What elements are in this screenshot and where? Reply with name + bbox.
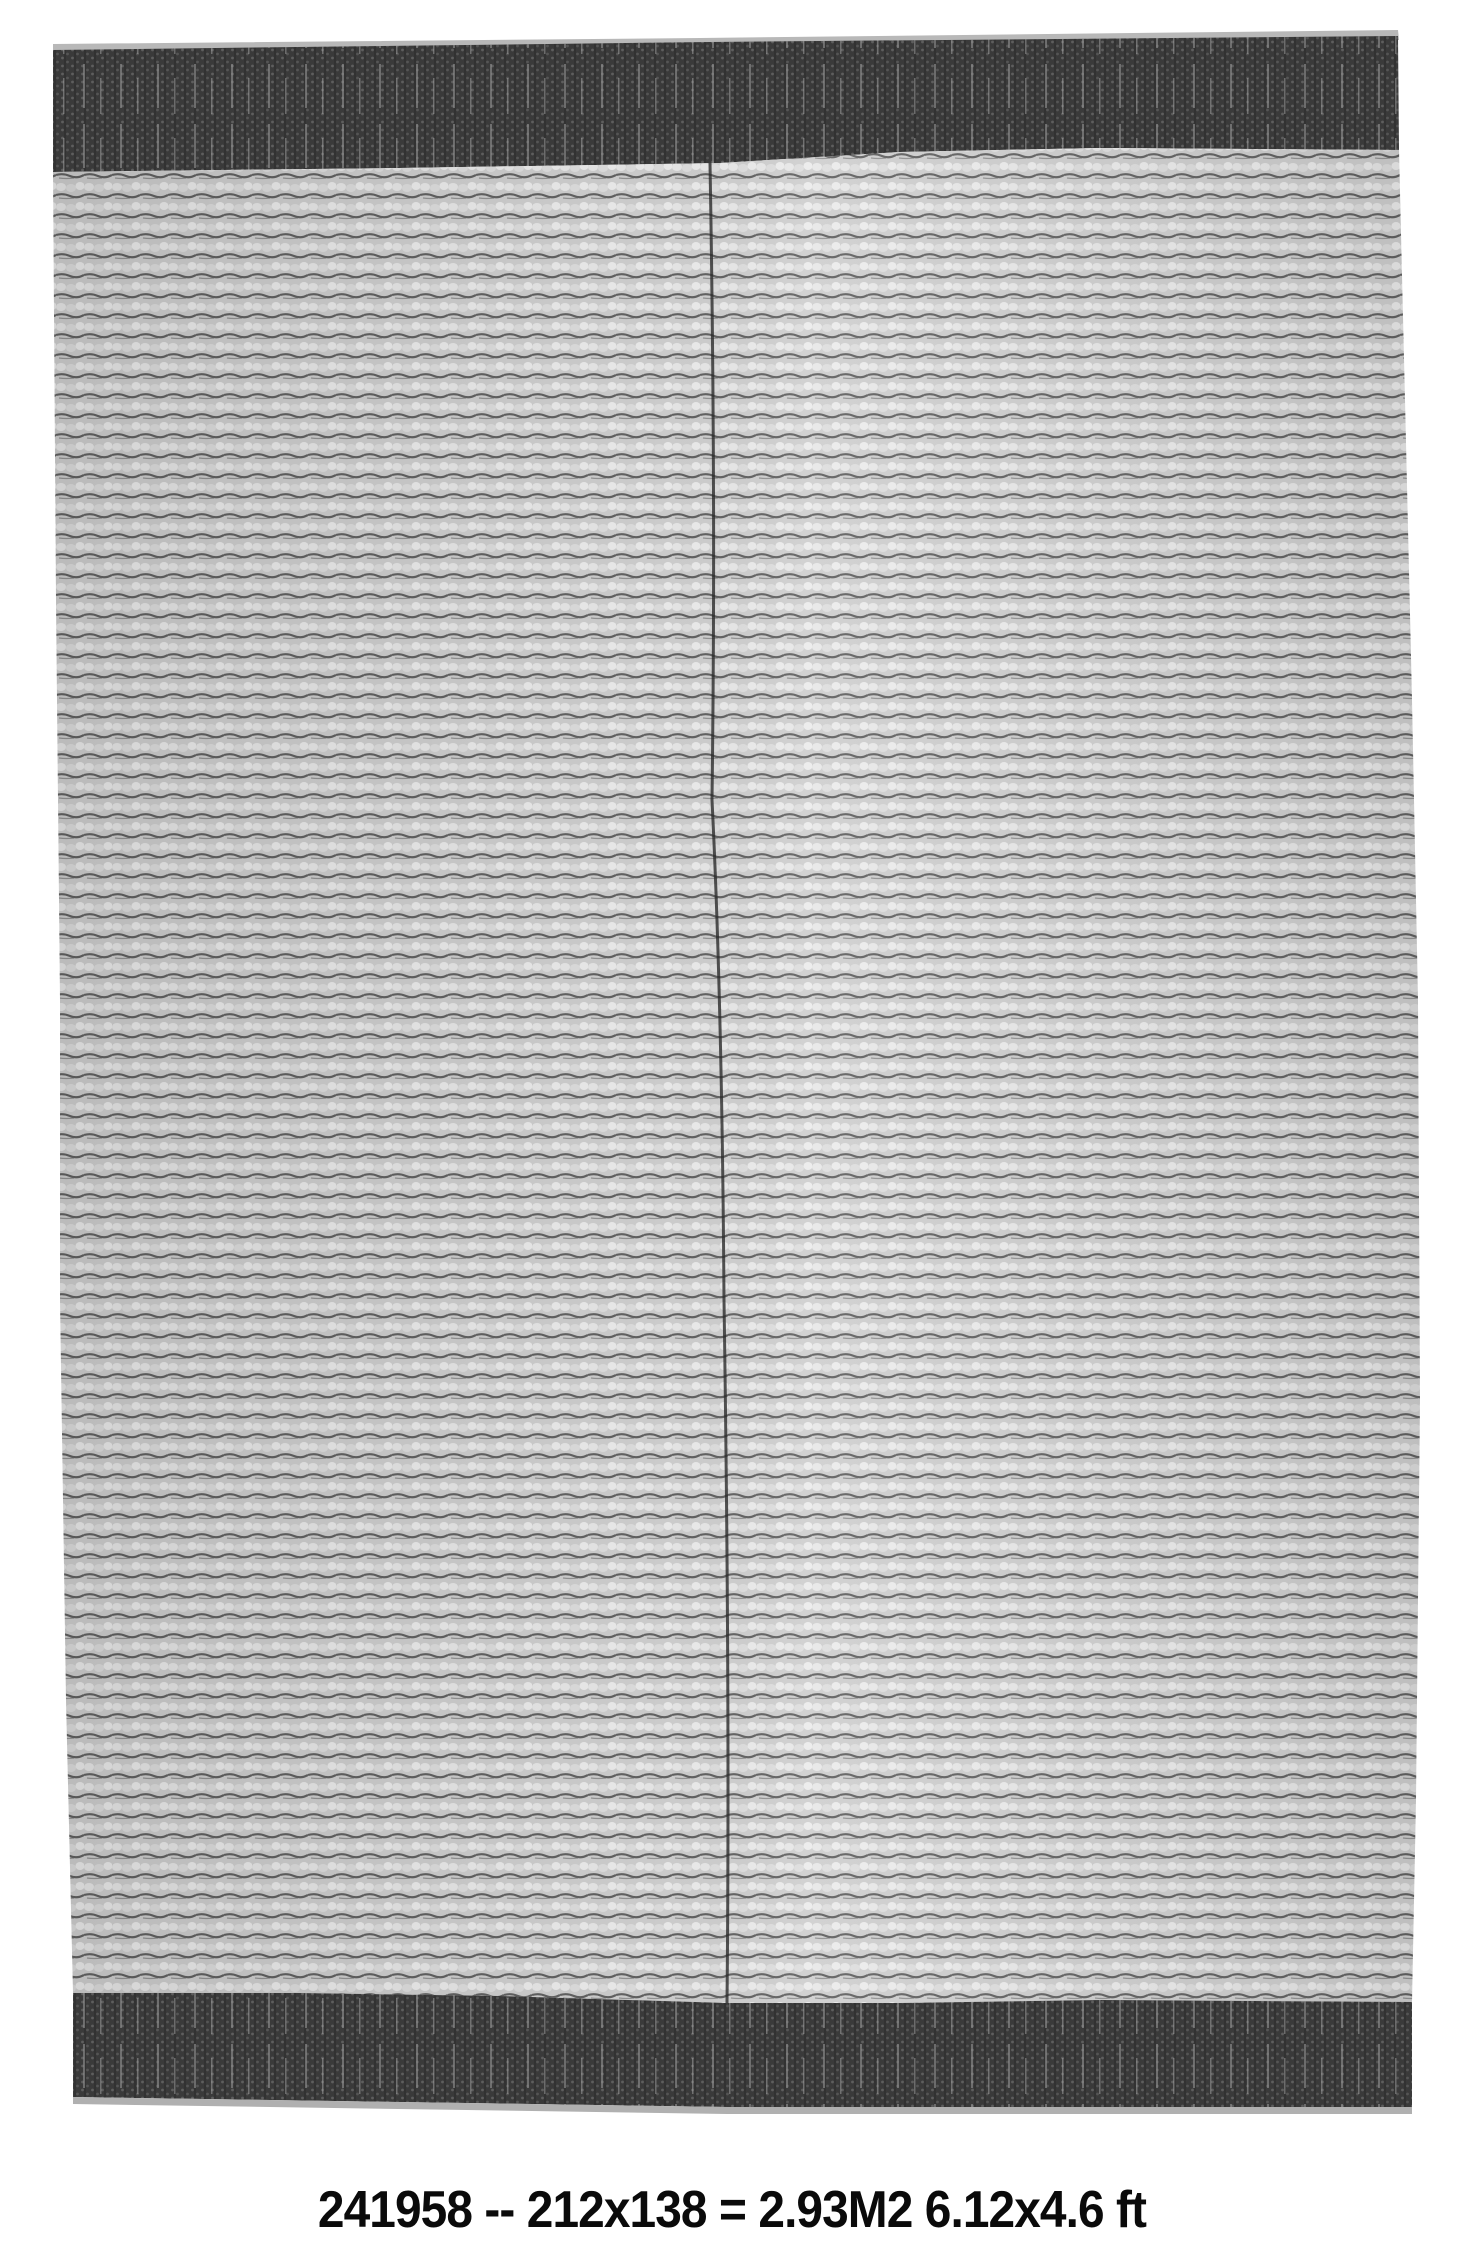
rug-photo: [0, 0, 1464, 2140]
product-caption: 241958 -- 212x138 = 2.93M2 6.12x4.6 ft: [59, 2178, 1406, 2242]
